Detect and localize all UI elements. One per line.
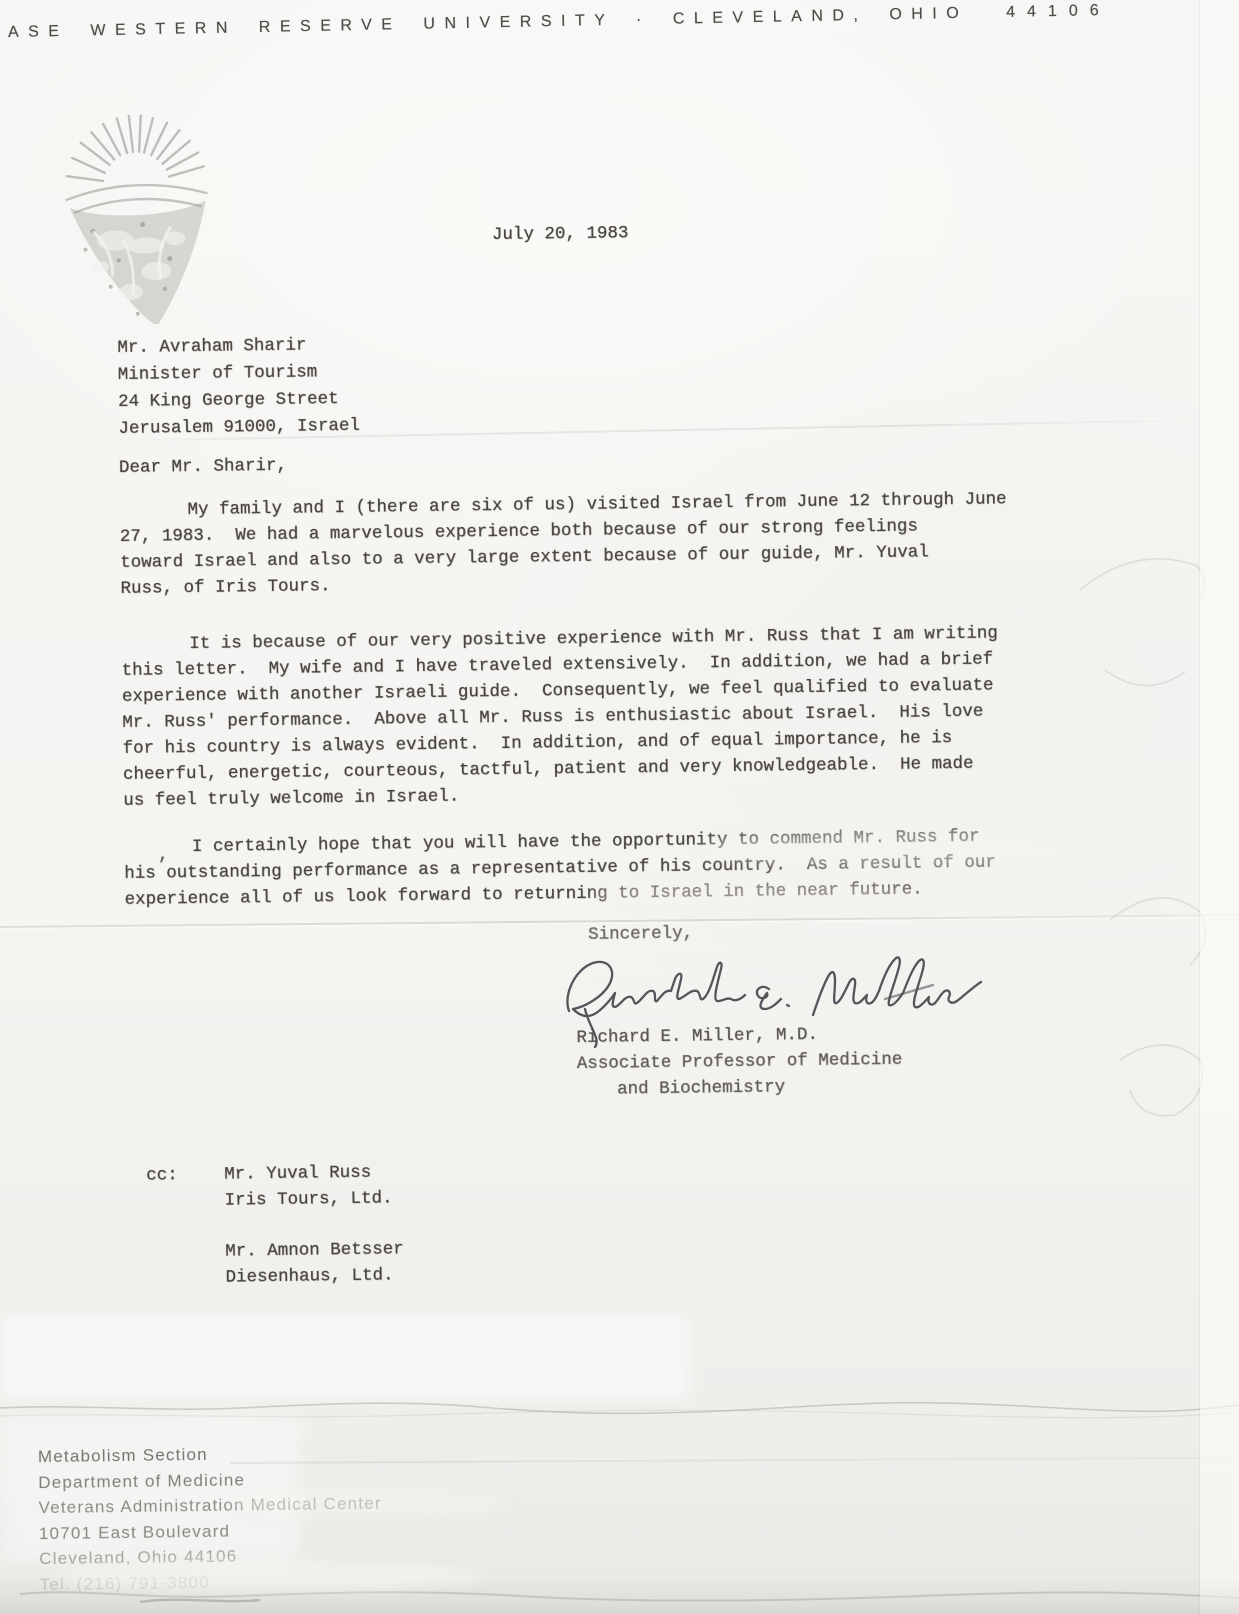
- recipient-line: Mr. Avraham Sharir: [117, 332, 359, 362]
- paragraph-2: It is because of our very positive exper…: [121, 621, 1000, 814]
- letter-body: July 20, 1983 Mr. Avraham Sharir Ministe…: [0, 0, 1239, 1614]
- cc-entry-name: Mr. Yuval Russ: [224, 1159, 403, 1187]
- paragraph-1: My family and I (there are six of us) vi…: [119, 486, 1007, 602]
- paragraph-3: I certainly hope that you will have the …: [124, 824, 997, 913]
- department-footer: Metabolism Section Department of Medicin…: [38, 1440, 383, 1598]
- cc-entry-org: Diesenhaus, Ltd.: [225, 1262, 404, 1290]
- recipient-address: Mr. Avraham Sharir Minister of Tourism 2…: [117, 332, 360, 443]
- cc-entries: Mr. Yuval Russ Iris Tours, Ltd. Mr. Amno…: [224, 1159, 404, 1290]
- cc-gap: [225, 1211, 404, 1238]
- footer-line: Tel. (216) 791-3800: [39, 1568, 383, 1598]
- recipient-line: 24 King George Street: [118, 386, 360, 416]
- footer-line: Veterans Administration Medical Center: [38, 1491, 382, 1521]
- valediction: Sincerely,: [588, 921, 693, 948]
- salutation: Dear Mr. Sharir,: [119, 453, 287, 481]
- handwritten-signature: [555, 945, 995, 1055]
- recipient-line: Jerusalem 91000, Israel: [118, 413, 360, 443]
- cc-label: cc:: [146, 1162, 178, 1188]
- signer-title-line2: and Biochemistry: [617, 1074, 785, 1102]
- cc-entry-name: Mr. Amnon Betsser: [225, 1236, 404, 1264]
- cc-entry-org: Iris Tours, Ltd.: [224, 1185, 403, 1213]
- recipient-line: Minister of Tourism: [118, 359, 360, 389]
- scanned-letter-page: ASE WESTERN RESERVE UNIVERSITY · CLEVELA…: [0, 0, 1239, 1614]
- date-line: July 20, 1983: [492, 220, 629, 248]
